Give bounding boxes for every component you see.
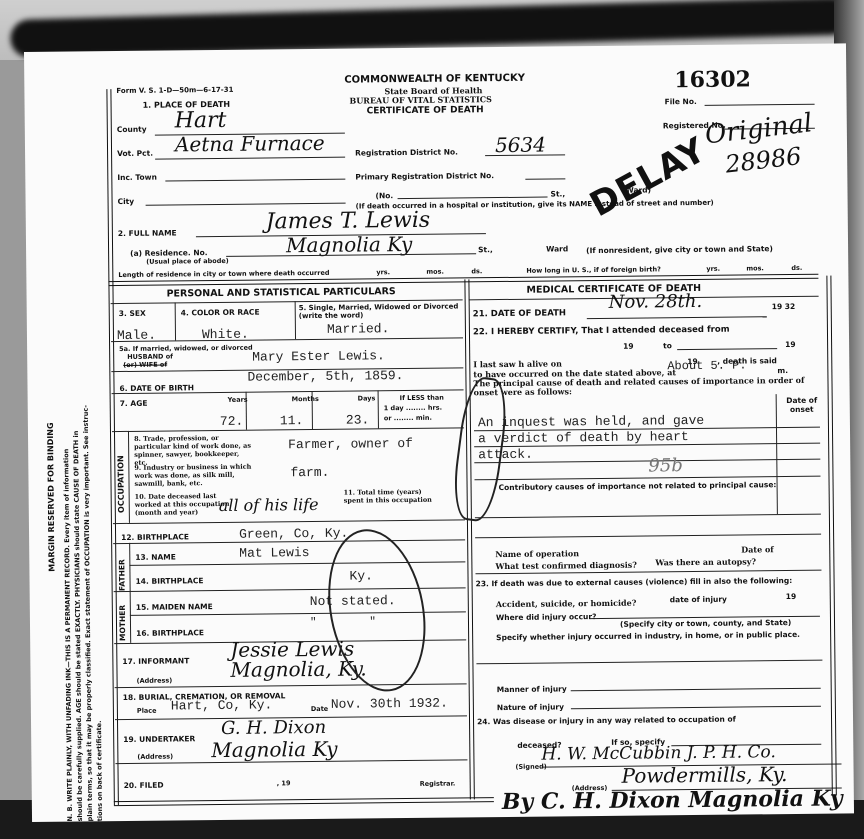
date-of-death-year: 19 32 <box>772 302 796 311</box>
city-label: City <box>118 197 135 206</box>
certify-19a: 19 <box>623 342 634 351</box>
informant-label: 17. INFORMANT <box>122 656 189 666</box>
less-than-label: If LESS than <box>400 394 444 402</box>
date-of-onset-label: Date of onset <box>784 396 820 414</box>
certify-to: to <box>663 341 672 350</box>
accident-label: Accident, suicide, or homicide? <box>496 598 637 609</box>
address-st-label: St., <box>550 189 565 198</box>
certify-19b: 19 <box>785 340 796 349</box>
signed-value: H. W. McCubbin J. P. H. Co. <box>541 742 776 764</box>
age-days-value: 23. <box>346 412 370 427</box>
occupation-vertical-label: OCCUPATION <box>116 455 126 513</box>
operation-label: Name of operation <box>495 548 579 559</box>
where-injury-label: Where did injury occur? <box>496 612 597 622</box>
marital-value: Married. <box>327 321 390 337</box>
county-label: County <box>117 125 147 134</box>
margin-instructions-3: plain terms, so that it may be properly … <box>82 405 94 821</box>
burial-date-value: Nov. 30th 1932. <box>331 696 448 712</box>
by-line: By C. H. Dixon Magnolia Ky <box>502 785 843 815</box>
registered-number-handwritten: 28986 <box>724 142 803 179</box>
registrar-label: Registrar. <box>420 780 456 788</box>
spouse-value: Mary Ester Lewis. <box>252 348 385 364</box>
full-name-value: James T. Lewis <box>266 208 431 235</box>
vot-pct-value: Aetna Furnace <box>175 131 325 157</box>
days-label: Days <box>358 394 376 402</box>
foreign-mos-label: mos. <box>746 264 764 272</box>
day-hrs-label: 1 day ........ hrs. <box>384 404 442 413</box>
address-no-label: (No. <box>375 191 393 200</box>
spouse-label: 5a. If married, widowed, or divorced <box>119 344 253 353</box>
primary-registration-label: Primary Registration District No. <box>355 171 494 181</box>
file-no-label: File No. <box>665 97 697 106</box>
specify-city-label: (Specify city or town, county, and State… <box>620 618 791 629</box>
years-label: Years <box>228 396 248 404</box>
filed-19-label: , 19 <box>277 779 291 787</box>
birthplace-label: 12. BIRTHPLACE <box>121 532 189 542</box>
registration-district-value: 5634 <box>495 133 546 158</box>
marital-label: 5. Single, Married, Widowed or Divorced … <box>299 302 459 320</box>
form-number: Form V. S. 1-D—50m—6-17-31 <box>116 86 233 95</box>
margin-reserved-label: MARGIN RESERVED FOR BINDING <box>46 422 57 571</box>
foreign-birth-label: How long in U. S., if of foreign birth? <box>526 265 661 274</box>
total-time-label: 11. Total time (years) spent in this occ… <box>344 488 434 505</box>
father-vertical-label: FATHER <box>117 559 126 591</box>
age-months-value: 11. <box>280 413 304 428</box>
certificate-number: 16302 <box>674 66 751 93</box>
manner-label: Manner of injury <box>497 684 567 694</box>
county-value: Hart <box>175 108 227 134</box>
operation-date-label: Date of <box>741 544 774 554</box>
causes-intro-label: The principal cause of death and related… <box>473 376 813 398</box>
inc-town-label: Inc. Town <box>117 173 157 182</box>
last-worked-value: all of his life <box>219 495 319 515</box>
header-certificate: CERTIFICATE OF DEATH <box>367 105 484 116</box>
date-of-death-value: Nov. 28th. <box>609 291 703 313</box>
column-divider <box>464 279 474 799</box>
ds-label: ds. <box>471 267 482 275</box>
signature-scribble-2 <box>449 375 511 523</box>
foreign-ds-label: ds. <box>791 264 802 272</box>
mother-vertical-label: MOTHER <box>118 605 127 641</box>
margin-instructions-4: tions on back of certificate. <box>95 720 104 821</box>
mother-birthplace-label: 16. BIRTHPLACE <box>136 628 204 638</box>
trade-value: Farmer, owner of <box>288 436 413 452</box>
undertaker-label: 19. UNDERTAKER <box>123 734 195 744</box>
form-bottom-border <box>114 797 494 806</box>
personal-title: PERSONAL AND STATISTICAL PARTICULARS <box>166 286 395 299</box>
burial-place-value: Hart, Co, Ky. <box>171 697 273 713</box>
address-ward-label: Ward) <box>625 185 651 194</box>
address-value: Powdermills, Ky. <box>621 762 787 788</box>
autopsy-label: Was there an autopsy? <box>655 556 756 567</box>
age-years-value: 72. <box>220 414 244 429</box>
residence-st-label: St., <box>478 245 493 254</box>
contributory-label: Contributory causes of importance not re… <box>499 480 779 492</box>
industry-value: farm. <box>290 465 329 480</box>
m-label: m. <box>777 366 788 375</box>
yrs-label: yrs. <box>376 268 390 276</box>
sex-label: 3. SEX <box>119 309 146 318</box>
nature-label: Nature of injury <box>497 702 564 712</box>
registration-district-label: Registration District No. <box>355 147 458 157</box>
undertaker-address-value: Magnolia Ky <box>211 737 337 762</box>
undertaker-address-label: (Address) <box>137 752 173 760</box>
wife-of-label: (or) WIFE of <box>123 361 167 369</box>
injury-date-label: date of injury <box>670 595 727 605</box>
industry-label: 9. Industry or business in which work wa… <box>134 463 254 488</box>
external-causes-label: 23. If death was due to external causes … <box>476 576 822 589</box>
vot-pct-label: Vot. Pct. <box>117 149 153 158</box>
dob-value: December, 5th, 1859. <box>247 368 403 385</box>
certify-label: 22. I HEREBY CERTIFY, That I attended de… <box>473 325 730 338</box>
full-name-label: 2. FULL NAME <box>118 228 177 238</box>
father-birthplace-label: 14. BIRTHPLACE <box>136 576 204 586</box>
injury-19: 19 <box>786 592 797 601</box>
delay-stamp: DELAY <box>583 130 713 225</box>
foreign-yrs-label: yrs. <box>706 265 720 273</box>
length-of-residence-label: Length of residence in city or town wher… <box>118 269 329 279</box>
death-certificate: MARGIN RESERVED FOR BINDING N. B. WRITE … <box>24 43 854 822</box>
occupation-related-label: 24. Was disease or injury in any way rel… <box>477 715 736 727</box>
code-note: 95b <box>648 455 683 476</box>
father-name-label: 13. NAME <box>135 552 176 561</box>
or-min-label: or ........ min. <box>384 414 432 423</box>
filed-label: 20. FILED <box>124 781 164 790</box>
form-right-border <box>826 276 836 796</box>
mos-label: mos. <box>426 268 444 276</box>
specify-industry-label: Specify whether injury occurred in indus… <box>496 630 816 642</box>
nonresident-note: (If nonresident, give city or town and S… <box>586 244 773 255</box>
occurred-time-value: About 5. P. <box>667 358 746 373</box>
residence-ward-label: Ward <box>546 244 568 253</box>
age-label: 7. AGE <box>120 399 148 408</box>
burial-place-label: Place <box>137 707 157 715</box>
informant-address-label: (Address) <box>137 676 173 684</box>
residence-sub-label: (Usual place of abode) <box>146 257 229 266</box>
father-name-value: Mat Lewis <box>239 545 309 561</box>
burial-date-label: Date <box>311 705 328 713</box>
test-label: What test confirmed diagnosis? <box>495 560 637 571</box>
date-of-death-label: 21. DATE OF DEATH <box>473 308 566 319</box>
header-bureau: BUREAU OF VITAL STATISTICS <box>349 94 491 105</box>
birthplace-value: Green, Co, Ky. <box>239 526 348 542</box>
mother-maiden-label: 15. MAIDEN NAME <box>136 602 213 612</box>
months-label: Months <box>292 395 319 403</box>
header-commonwealth: COMMONWEALTH OF KENTUCKY <box>344 73 525 86</box>
undertaker-value: G. H. Dixon <box>221 717 326 739</box>
color-label: 4. COLOR OR RACE <box>181 308 260 318</box>
